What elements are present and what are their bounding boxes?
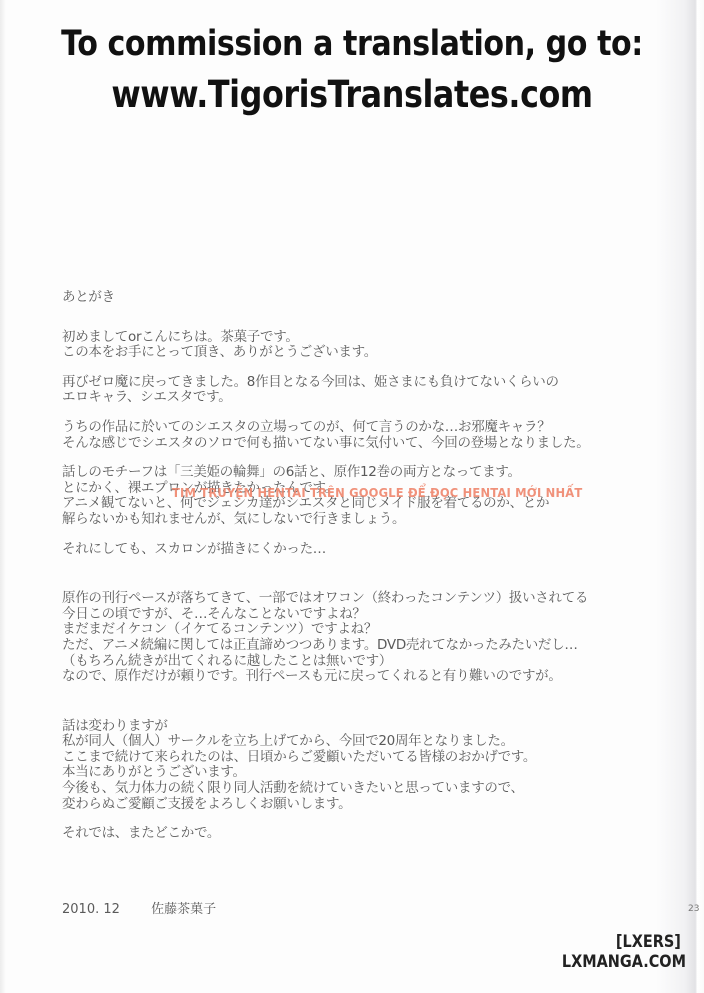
paragraph-return: 再びゼロ魔に戻ってきました。8作目となる今回は、姫さまにも負けてないくらいの エ…	[62, 375, 662, 406]
banner-line-commission: To commission a translation, go to:	[49, 18, 654, 70]
text-line: 私が同人（個人）サークルを立ち上げてから、今回で20周年となりました。	[62, 734, 662, 750]
afterword-text: あとがき 初めましてorこんにちは。茶菓子です。 この本をお手にとって頂き、あり…	[62, 290, 662, 856]
banner-line-url: www.TigorisTranslates.com	[49, 70, 654, 120]
page-edge-right	[656, 0, 704, 993]
text-line: まだまだイケコン（イケてるコンテンツ）ですよね？	[62, 622, 662, 638]
paragraph-greeting: 初めましてorこんにちは。茶菓子です。 この本をお手にとって頂き、ありがとうござ…	[62, 330, 662, 361]
text-line: そんな感じでシエスタのソロで何も描いてない事に気付いて、今回の登場となりました。	[62, 436, 662, 452]
text-line: うちの作品に於いてのシエスタの立場ってのが、何て言うのかな…お邪魔キャラ？	[62, 420, 662, 436]
text-line: この本をお手にとって頂き、ありがとうございます。	[62, 345, 662, 361]
scanlation-credit: [LXERS] LXMANGA.COM	[540, 932, 686, 972]
text-line: 今後も、気力体力の続く限り同人活動を続けていきたいと思っていますので、	[62, 781, 662, 797]
paragraph-scarron: それにしても、スカロンが描きにくかった…	[62, 542, 662, 558]
text-line: ただ、アニメ続編に関しては正直諦めつつあります。DVD売れてなかったみたいだし…	[62, 638, 662, 654]
text-line: 再びゼロ魔に戻ってきました。8作目となる今回は、姫さまにも負けてないくらいの	[62, 375, 662, 391]
text-line: それでは、またどこかで。	[62, 826, 662, 842]
paragraph-siesta-role: うちの作品に於いてのシエスタの立場ってのが、何て言うのかな…お邪魔キャラ？ そん…	[62, 420, 662, 451]
paragraph-anniversary: 話は変わりますが 私が同人（個人）サークルを立ち上げてから、今回で20周年となり…	[62, 719, 662, 813]
credit-group-tag: [LXERS]	[562, 932, 686, 952]
text-line: （もちろん続きが出てくれるに越したことは無いです）	[62, 654, 662, 670]
text-line: なので、原作だけが頼りです。刊行ペースも元に戻ってくれると有り難いのですが。	[62, 669, 662, 685]
signature-date: 2010. 12	[62, 902, 147, 917]
translation-banner: To commission a translation, go to: www.…	[0, 18, 704, 120]
text-line: それにしても、スカロンが描きにくかった…	[62, 542, 662, 558]
text-line: エロキャラ、シエスタです。	[62, 390, 662, 406]
text-line: 解らないかも知れませんが、気にしないで行きましょう。	[62, 512, 662, 528]
text-line: 話は変わりますが	[62, 719, 662, 735]
paragraph-publication-pace: 原作の刊行ペースが落ちてきて、一部ではオワコン（終わったコンテンツ）扱いされてる…	[62, 591, 662, 685]
watermark-overlay: TIM TRUYỆN HENTAI TRÊN GOOGLE ĐỂ ĐỌC HEN…	[172, 485, 582, 500]
text-line: 話しのモチーフは「三美姫の輪舞」の6話と、原作12巻の両方となってます。	[62, 465, 662, 481]
afterword-title: あとがき	[62, 290, 662, 306]
text-line: 変わらぬご愛顧ご支援をよろしくお願いします。	[62, 797, 662, 813]
signature-author: 佐藤茶菓子	[151, 902, 216, 917]
page-edge-left	[0, 0, 6, 993]
page-number: 23	[688, 904, 699, 914]
paragraph-farewell: それでは、またどこかで。	[62, 826, 662, 842]
signature: 2010. 12 佐藤茶菓子	[62, 898, 216, 917]
text-line: 原作の刊行ペースが落ちてきて、一部ではオワコン（終わったコンテンツ）扱いされてる	[62, 591, 662, 607]
text-line: 本当にありがとうございます。	[62, 765, 662, 781]
credit-site: LXMANGA.COM	[562, 952, 686, 972]
text-line: 初めましてorこんにちは。茶菓子です。	[62, 330, 662, 346]
text-line: 今日この頃ですが、そ…そんなことないですよね？	[62, 607, 662, 623]
